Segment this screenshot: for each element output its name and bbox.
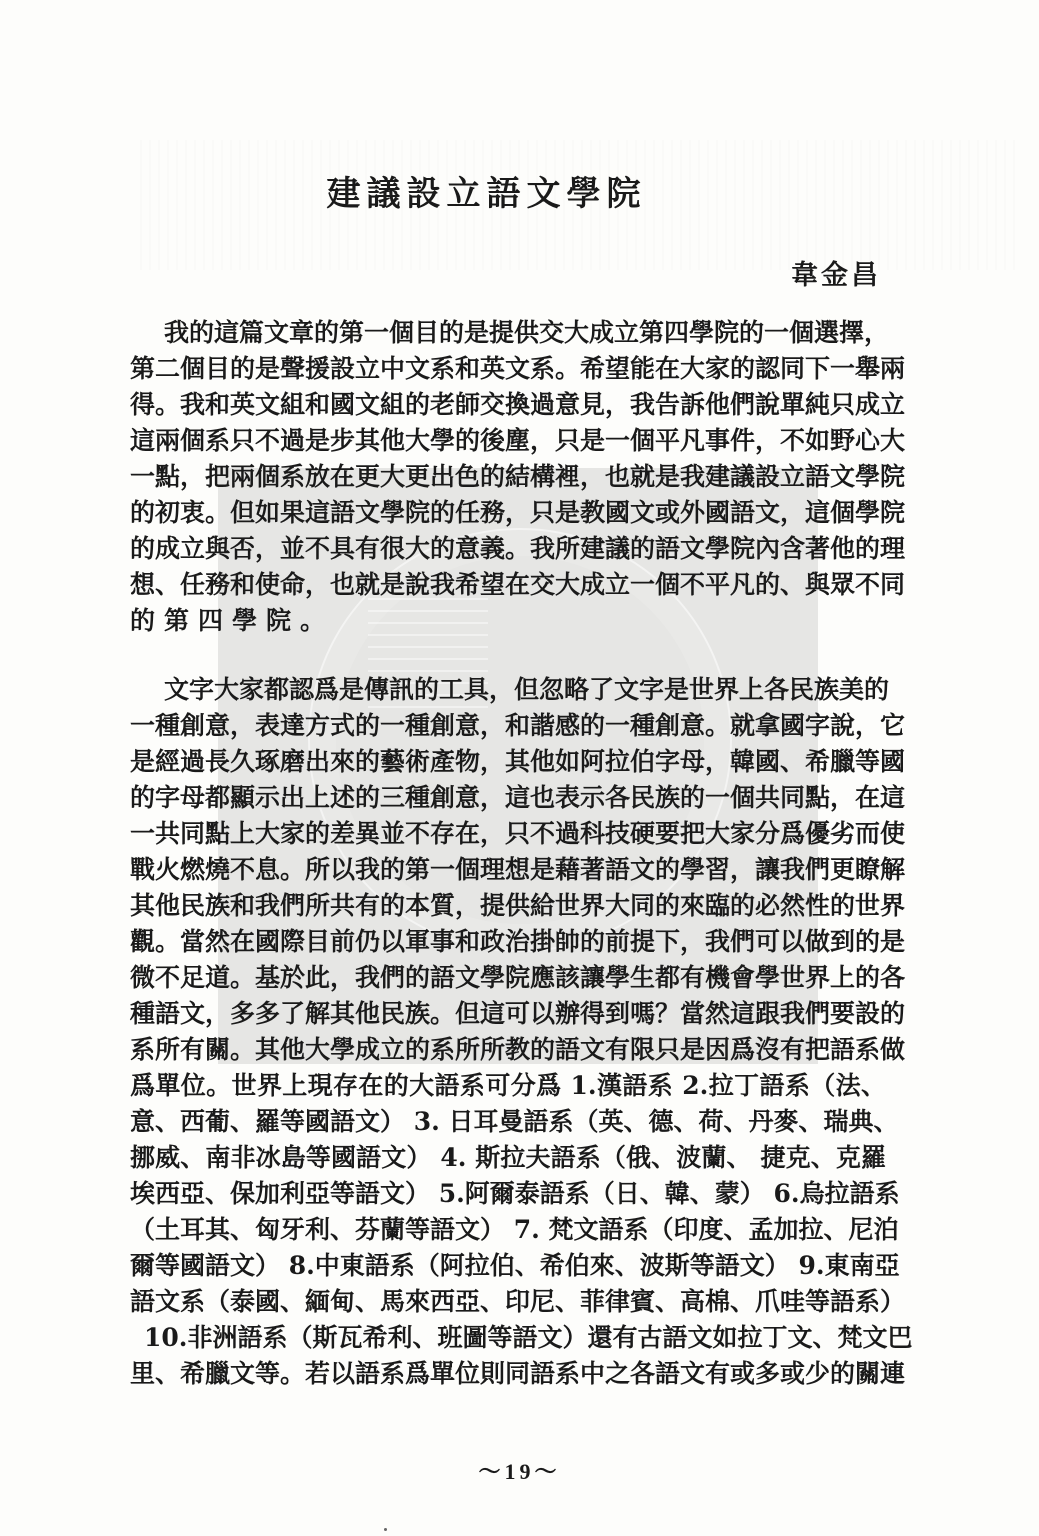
text-line: 微不足道。基於此，我們的語文學院應該讓學生都有機會學世界上的各: [130, 960, 886, 996]
article-title-text: 建議設立語文學院: [327, 166, 647, 215]
text-line: 文字大家都認爲是傳訊的工具，但忽略了文字是世界上各民族美的: [130, 672, 886, 708]
text-line: 意、西葡、羅等國語文） 3. 日耳曼語系（英、德、荷、丹麥、瑞典、: [130, 1104, 886, 1140]
text-line: 埃西亞、保加利亞等語文） 5.阿爾泰語系（日、韓、蒙） 6.烏拉語系: [130, 1176, 886, 1212]
text-line: 的初衷。但如果這語文學院的任務，只是教國文或外國語文，這個學院: [130, 495, 886, 531]
text-line: 我的這篇文章的第一個目的是提供交大成立第四學院的一個選擇，: [130, 315, 886, 351]
page-number: ～19～: [0, 1455, 1039, 1486]
article-title: 建議設立語文學院: [0, 166, 1039, 215]
text-line: 的第四學院。: [130, 603, 886, 639]
text-line: 系所有關。其他大學成立的系所所教的語文有限只是因爲沒有把語系做: [130, 1032, 886, 1068]
paragraph-2: 文字大家都認爲是傳訊的工具，但忽略了文字是世界上各民族美的 一種創意，表達方式的…: [130, 672, 886, 1392]
scan-speck: [384, 1528, 387, 1531]
paragraph-1: 我的這篇文章的第一個目的是提供交大成立第四學院的一個選擇， 第二個目的是聲援設立…: [130, 315, 886, 639]
text-line: 種語文，多多了解其他民族。但這可以辦得到嗎？當然這跟我們要設的: [130, 996, 886, 1032]
text-line: 一點，把兩個系放在更大更出色的結構裡，也就是我建議設立語文學院: [130, 459, 886, 495]
text-line: 得。我和英文組和國文組的老師交換過意見，我告訴他們說單純只成立: [130, 387, 886, 423]
text-line: 爲單位。世界上現存在的大語系可分爲 1.漢語系 2.拉丁語系（法、: [130, 1068, 886, 1104]
text-line: 挪威、南非冰島等國語文） 4. 斯拉夫語系（俄、波蘭、 捷克、克羅: [130, 1140, 886, 1176]
text-line: 的成立與否，並不具有很大的意義。我所建議的語文學院內含著他的理: [130, 531, 886, 567]
text-line: 戰火燃燒不息。所以我的第一個理想是藉著語文的學習，讓我們更瞭解: [130, 852, 886, 888]
text-line: 10.非洲語系（斯瓦希利、班圖等語文）還有古語文如拉丁文、梵文巴: [130, 1320, 886, 1356]
text-line: （土耳其、匈牙利、芬蘭等語文） 7. 梵文語系（印度、孟加拉、尼泊: [130, 1212, 886, 1248]
text-line: 里、希臘文等。若以語系爲單位則同語系中之各語文有或多或少的關連: [130, 1356, 886, 1392]
text-line: 是經過長久琢磨出來的藝術產物，其他如阿拉伯字母，韓國、希臘等國: [130, 744, 886, 780]
text-line: 一共同點上大家的差異並不存在，只不過科技硬要把大家分爲優劣而使: [130, 816, 886, 852]
text-line: 一種創意，表達方式的一種創意，和諧感的一種創意。就拿國字說，它: [130, 708, 886, 744]
text-line: 的字母都顯示出上述的三種創意，這也表示各民族的一個共同點，在這: [130, 780, 886, 816]
text-line: 想、任務和使命，也就是說我希望在交大成立一個不平凡的、與眾不同: [130, 567, 886, 603]
text-line: 語文系（泰國、緬甸、馬來西亞、印尼、菲律賓、高棉、爪哇等語系）: [130, 1284, 886, 1320]
text-line: 第二個目的是聲援設立中文系和英文系。希望能在大家的認同下一舉兩: [130, 351, 886, 387]
text-line: 其他民族和我們所共有的本質，提供給世界大同的來臨的必然性的世界: [130, 888, 886, 924]
text-line: 爾等國語文） 8.中東語系（阿拉伯、希伯來、波斯等語文） 9.東南亞: [130, 1248, 886, 1284]
scanned-page: 建議設立語文學院 韋金昌 我的這篇文章的第一個目的是提供交大成立第四學院的一個選…: [0, 0, 1039, 1536]
text-line: 觀。當然在國際目前仍以軍事和政治掛帥的前提下，我們可以做到的是: [130, 924, 886, 960]
author-name: 韋金昌: [791, 253, 881, 292]
text-line: 這兩個系只不過是步其他大學的後塵，只是一個平凡事件，不如野心大: [130, 423, 886, 459]
